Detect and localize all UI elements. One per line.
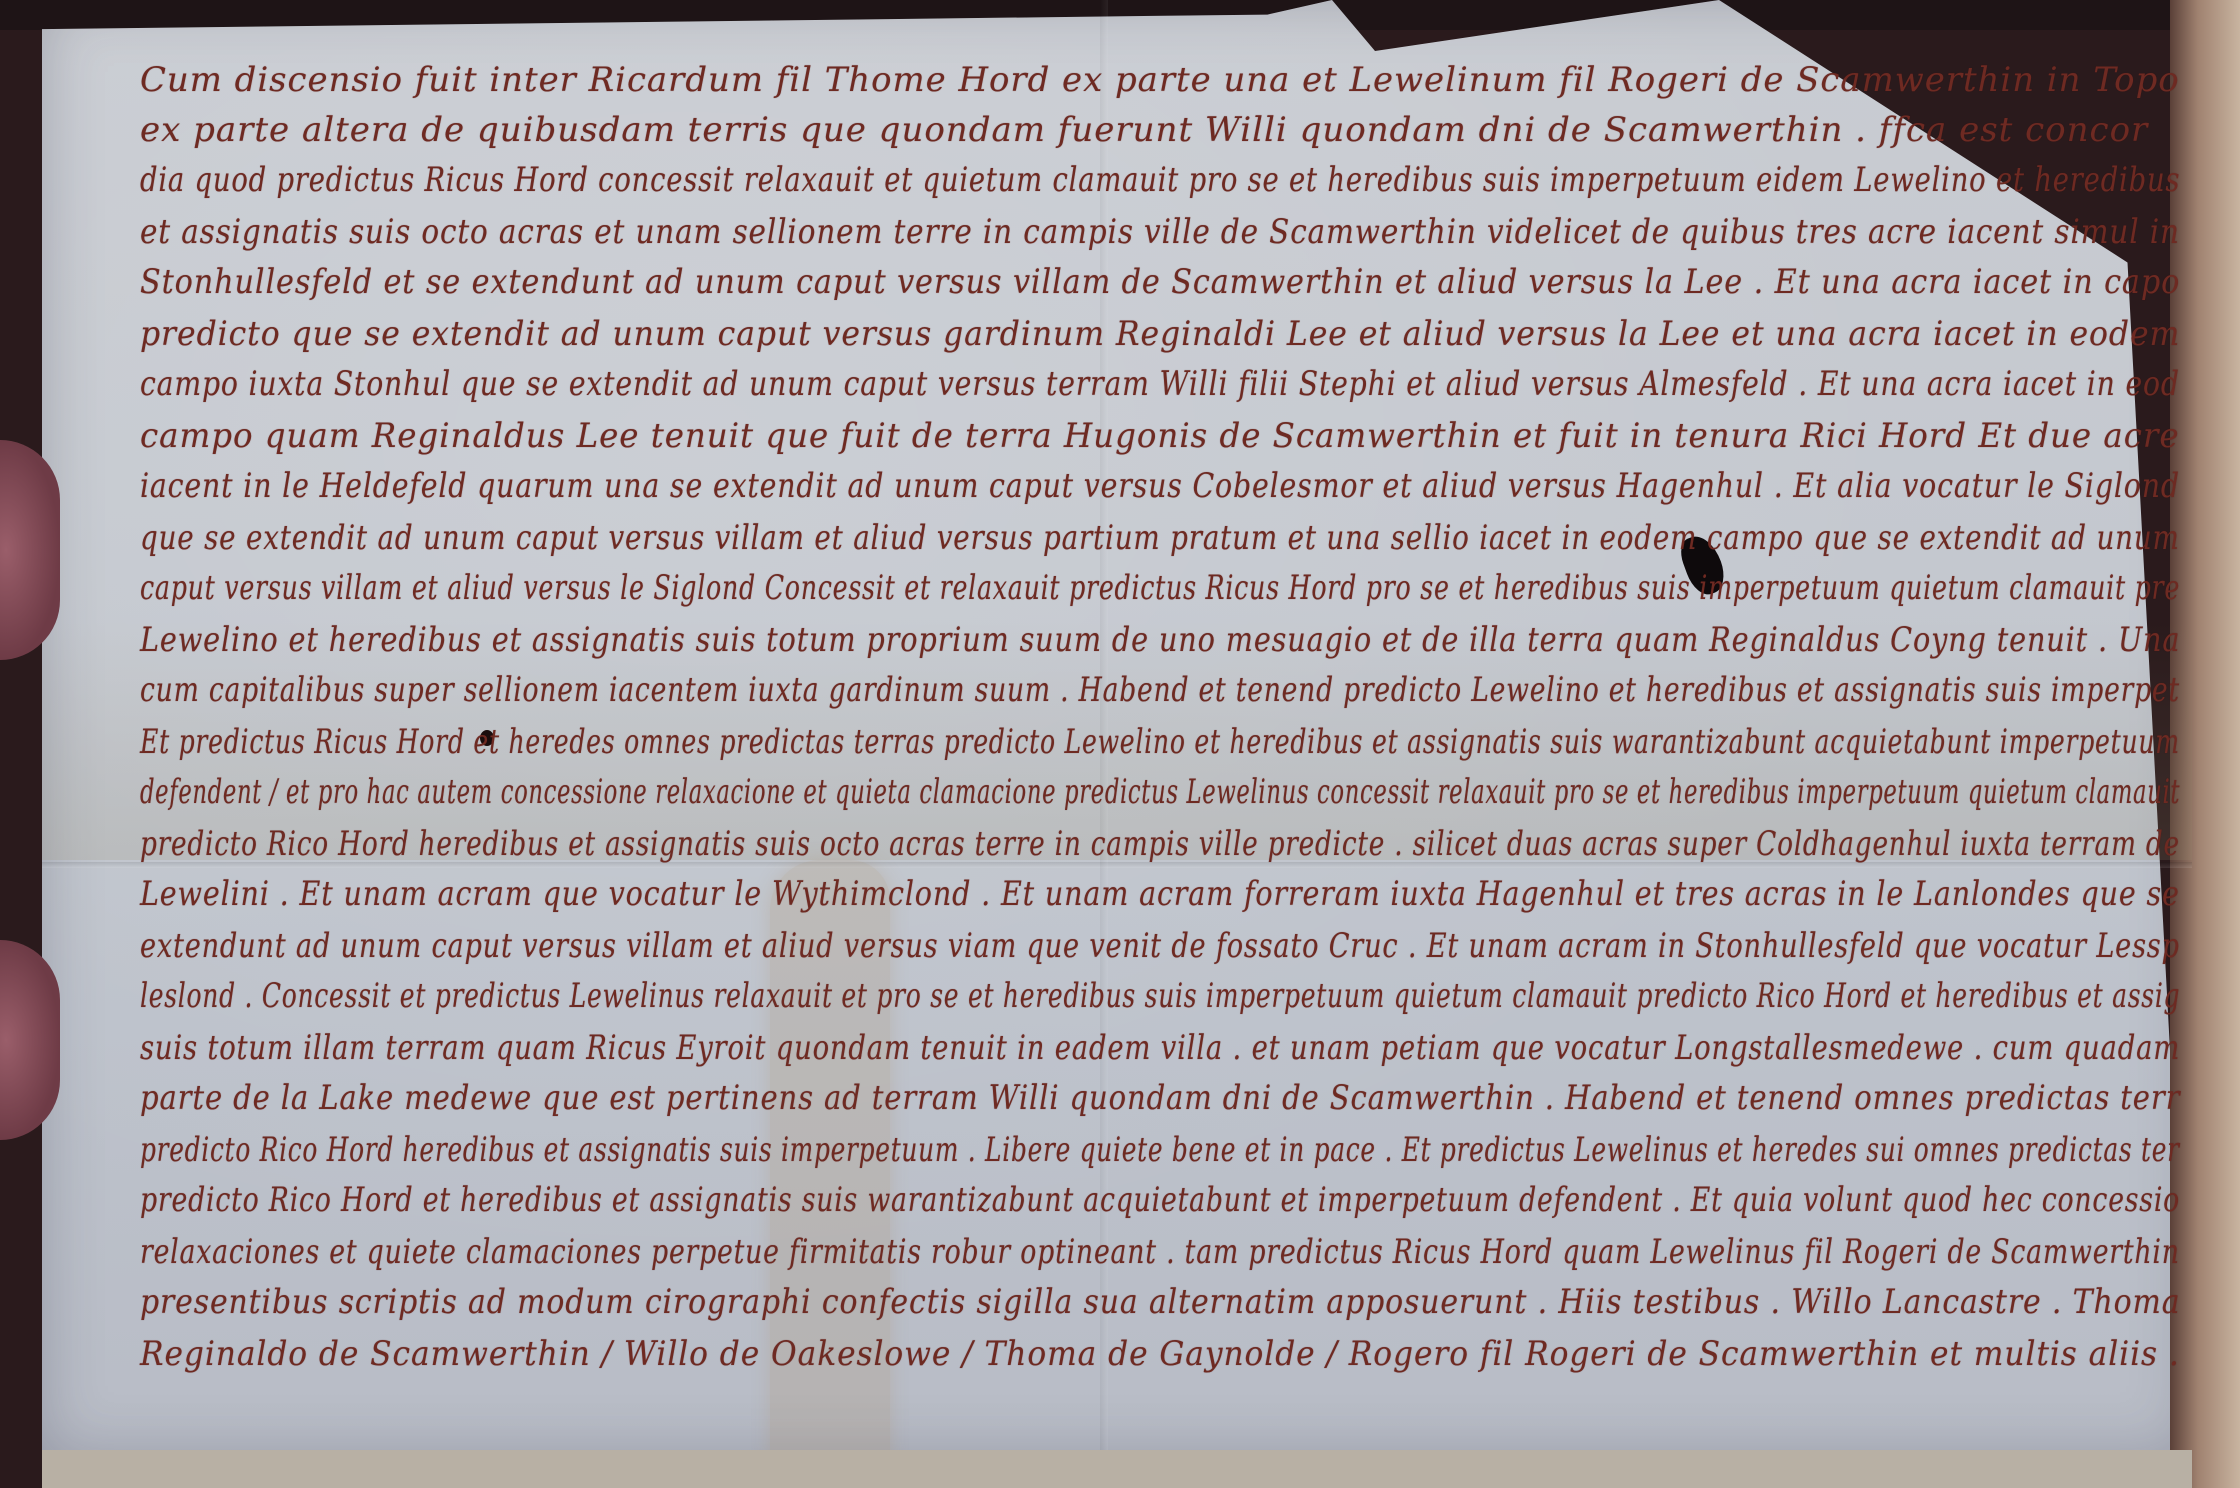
text-line-23: predicto Rico Hord et heredibus et assig… (140, 1180, 2180, 1220)
text-line-13: cum capitalibus super sellionem iacentem… (140, 670, 2180, 710)
holding-finger-upper (0, 440, 60, 660)
text-line-14: Et predictus Ricus Hord et heredes omnes… (140, 722, 2180, 762)
text-line-4: et assignatis suis octo acras et unam se… (140, 212, 2180, 252)
text-line-15: defendent / et pro hac autem concessione… (140, 772, 2180, 812)
text-line-11: caput versus villam et aliud versus le S… (140, 568, 2180, 608)
text-line-6: predicto que se extendit ad unum caput v… (140, 314, 2180, 354)
text-line-1: Cum discensio fuit inter Ricardum fil Th… (140, 60, 2180, 100)
text-line-25: presentibus scriptis ad modum cirographi… (140, 1282, 2180, 1322)
text-line-2: ex parte altera de quibusdam terris que … (140, 110, 2148, 150)
text-line-26: Reginaldo de Scamwerthin / Willo de Oake… (140, 1334, 2180, 1374)
text-line-24: relaxaciones et quiete clamaciones perpe… (140, 1232, 2180, 1272)
text-line-16: predicto Rico Hord heredibus et assignat… (140, 824, 2180, 864)
text-line-17: Lewelini . Et unam acram que vocatur le … (140, 874, 2180, 914)
text-line-10: que se extendit ad unum caput versus vil… (140, 518, 2180, 558)
text-line-22: predicto Rico Hord heredibus et assignat… (140, 1130, 2180, 1170)
text-line-19: leslond . Concessit et predictus Lewelin… (140, 976, 2180, 1016)
text-line-21: parte de la Lake medewe que est pertinen… (140, 1078, 2180, 1118)
parchment-bottom-edge (42, 1450, 2192, 1488)
text-line-20: suis totum illam terram quam Ricus Eyroi… (140, 1028, 2180, 1068)
text-line-18: extendunt ad unum caput versus villam et… (140, 926, 2180, 966)
text-line-3: dia quod predictus Ricus Hord concessit … (140, 160, 2180, 200)
text-line-9: iacent in le Heldefeld quarum una se ext… (140, 466, 2180, 506)
text-line-8: campo quam Reginaldus Lee tenuit que fui… (140, 416, 2180, 456)
text-line-5: Stonhullesfeld et se extendunt ad unum c… (140, 262, 2180, 302)
holding-finger-lower (0, 940, 60, 1140)
text-line-12: Lewelino et heredibus et assignatis suis… (140, 620, 2180, 660)
text-line-7: campo iuxta Stonhul que se extendit ad u… (140, 364, 2180, 404)
